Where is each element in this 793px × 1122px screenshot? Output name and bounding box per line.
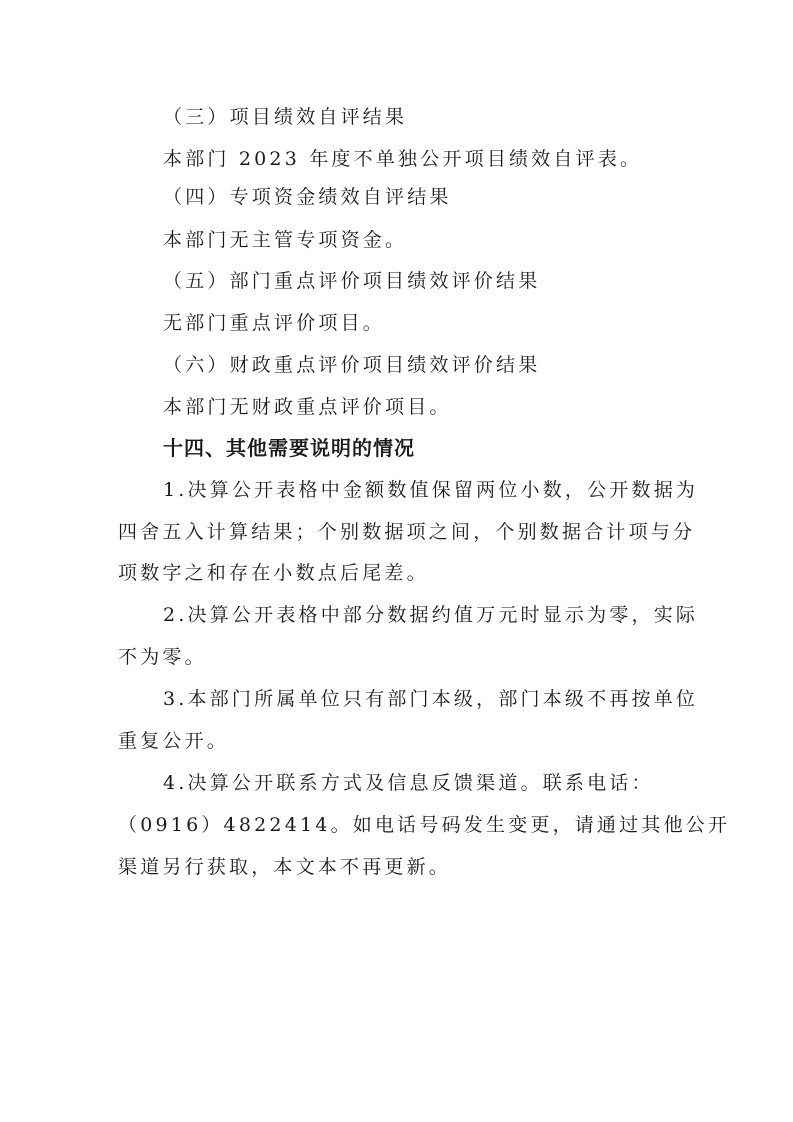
section-5-body: 无部门重点评价项目。: [163, 314, 385, 333]
note-2-line-2: 不为零。: [118, 648, 207, 667]
note-3-line-1: 3.本部门所属单位只有部门本级，部门本级不再按单位: [163, 690, 698, 709]
section-4-title: （四）专项资金绩效自评结果: [163, 188, 452, 207]
note-1-line-3: 项数字之和存在小数点后尾差。: [118, 564, 429, 583]
heading-other-matters: 十四、其他需要说明的情况: [163, 438, 415, 458]
note-1-line-2: 四舍五入计算结果；个别数据项之间，个别数据合计项与分: [118, 523, 695, 542]
note-4-line-3: 渠道另行获取，本文本不再更新。: [118, 858, 451, 877]
section-5-title: （五）部门重点评价项目绩效评价结果: [163, 272, 540, 291]
note-4-line-1: 4.决算公开联系方式及信息反馈渠道。联系电话：: [163, 774, 654, 793]
note-2-line-1: 2.决算公开表格中部分数据约值万元时显示为零，实际: [163, 606, 698, 625]
section-6-body: 本部门无财政重点评价项目。: [163, 398, 452, 417]
section-6-title: （六）财政重点评价项目绩效评价结果: [163, 356, 540, 375]
section-3-title: （三）项目绩效自评结果: [163, 108, 407, 127]
note-4-line-2: （0916）4822414。如电话号码发生变更，请通过其他公开: [118, 816, 730, 835]
section-3-body: 本部门 2023 年度不单独公开项目绩效自评表。: [163, 150, 642, 169]
note-1-line-1: 1.决算公开表格中金额数值保留两位小数，公开数据为: [163, 481, 698, 500]
note-3-line-2: 重复公开。: [118, 732, 229, 751]
section-4-body: 本部门无主管专项资金。: [163, 231, 407, 250]
